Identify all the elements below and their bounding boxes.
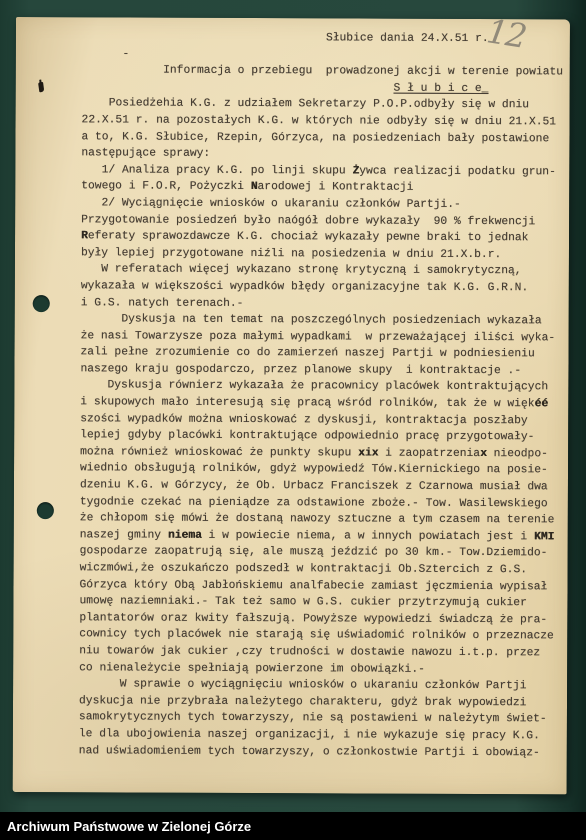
document-line-segment: lepiej gdyby placówki kontraktujące odpo… <box>80 430 534 444</box>
document-line: le dla ubojowienia naszej organizacji, i… <box>79 726 567 745</box>
archive-bar: Archiwum Państwowe w Zielonej Górze <box>0 812 586 840</box>
document-line-segment: i G.S. natych terenach.- <box>81 297 244 310</box>
document-line: były lepiej przygotowane niźli na posied… <box>81 245 569 264</box>
document-line-segment: samokrytycznych tych towarzyszy, nie są … <box>79 712 547 726</box>
document-line-segment: W sprawie o wyciągnięciu wniosków o ukar… <box>79 678 526 692</box>
document-line: można również wnioskować że punkty skupu… <box>80 444 568 463</box>
document-line-segment: niema <box>168 529 202 541</box>
document-line-segment: W referatach więcej wykazano stronę kryt… <box>81 264 522 278</box>
document-line: W sprawie o wyciągnięciu wniosków o ukar… <box>79 676 567 695</box>
document-line: samokrytycznych tych towarzyszy, nie są … <box>79 710 567 729</box>
document-line: Przygotowanie posiedzeń było naógół dobr… <box>81 212 569 231</box>
document-line: co nienależycie spełniają powierzone im … <box>79 660 567 679</box>
document-line: wiednio obsługują rolników, gdyż wypowie… <box>80 461 568 480</box>
document-line: Dyskusja równierz wykazała że pracownicy… <box>80 378 568 397</box>
document-line-segment: i zaopatrzenia <box>378 447 480 459</box>
document-line: a to, K.G. Słubice, Rzepin, Górzyca, na … <box>81 129 569 148</box>
document-line: Informacja o przebiegu prowadzonej akcji… <box>82 62 570 81</box>
document-line-segment: KMI <box>534 531 554 543</box>
archive-bar-label: Archiwum Państwowe w Zielonej Górze <box>0 819 251 834</box>
document-line: że chłopom się mówi że dostaną nawozy sz… <box>80 511 568 530</box>
document-line-segment: towego i F.O.R, Pożyczki <box>81 181 251 194</box>
document-line: że nasi Towarzysze poza małymi wypadkami… <box>81 328 569 347</box>
document-text: Słubice dania 24.X.51 r. - Informacja o … <box>79 29 570 761</box>
document-line: dzeniu K.G. w Górzycy, że Ob. Urbacz Fra… <box>80 477 568 496</box>
document-line-segment: a to, K.G. Słubice, Rzepin, Górzyca, na … <box>81 131 549 145</box>
document-line-segment: Informacja o przebiegu prowadzonej akcji… <box>82 64 563 78</box>
document-line: Referaty sprawozdawcze K.G. chociaż wyka… <box>81 228 569 247</box>
document-line: dyskucja nie przybrała należytego charak… <box>79 693 567 712</box>
document-line: wiczmówi,że oszukańczo podszedł w kontra… <box>80 560 568 579</box>
document-line-segment: Dyskusja na ten temat na poszczególnych … <box>81 313 542 327</box>
document-line-segment: wiednio obsługują rolników, gdyż wypowie… <box>80 463 548 477</box>
document-line-segment: S ł u b i c e_ <box>394 82 489 94</box>
document-line: i G.S. natych terenach.- <box>81 295 569 314</box>
document-line-segment: że nasi Towarzysze poza małymi wypadkami… <box>81 330 556 344</box>
punch-hole-bottom <box>37 502 54 519</box>
ink-blot-mark <box>38 82 44 93</box>
document-line-segment: wiczmówi,że oszukańczo podszedł w kontra… <box>80 562 527 576</box>
document-line-segment: i w powiecie niema, a w innych powiatach… <box>202 530 534 543</box>
document-line: tygodnie czekać na pieniądze za odstawio… <box>80 494 568 513</box>
document-line-segment: Dyskusja równierz wykazała że pracownicy… <box>80 380 548 394</box>
document-line-segment: Słubice dania 24.X.51 r. <box>82 31 489 45</box>
document-line: umowę naziemniaki.- Tak też samo w G.S. … <box>79 593 567 612</box>
document-page: Słubice dania 24.X.51 r. - Informacja o … <box>13 17 570 794</box>
document-line: naszej gminy niema i w powiecie niema, a… <box>80 527 568 546</box>
document-line-segment: cownicy tych placówek nie starają się uś… <box>79 629 554 643</box>
document-line-segment: i skupowych mało interesują się pracą wś… <box>80 396 534 410</box>
document-line-segment: dzeniu K.G. w Górzycy, że Ob. Urbacz Fra… <box>80 479 548 493</box>
document-line-segment: były lepiej przygotowane niźli na posied… <box>81 247 501 261</box>
document-line-segment: wykazała w większości wypadków błędy org… <box>81 280 528 294</box>
document-line-segment: Górzyca który Obą Jabłońskiemu analfabec… <box>79 579 547 593</box>
document-line: naszego kraju gospodarczo, przez planowe… <box>80 361 568 380</box>
document-line-segment: że chłopom się mówi że dostaną nawozy sz… <box>80 513 555 527</box>
document-line: cownicy tych placówek nie starają się uś… <box>79 627 567 646</box>
document-line-segment: eferaty sprawozdawcze K.G. chociaż wykaz… <box>88 230 529 244</box>
document-line: i skupowych mało interesują się pracą wś… <box>80 394 568 413</box>
document-line-segment: - <box>82 48 130 60</box>
document-line-segment: niu towarów jak cukier ,czy trudności w … <box>79 645 540 659</box>
document-line-segment: le dla ubojowienia naszej organizacji, i… <box>79 728 540 742</box>
document-line-segment: 22.X.51 r. na pozostałych K.G. w których… <box>82 114 557 128</box>
document-line-segment: plantatorów oraz kwity fałszują. Powyższ… <box>79 612 547 626</box>
document-line: następujące sprawy: <box>81 145 569 164</box>
document-line-segment: éé <box>535 398 549 410</box>
document-line-segment: nieodpo- <box>487 448 548 460</box>
document-line-segment: xix <box>358 447 378 459</box>
document-line-segment <box>82 81 394 94</box>
punch-hole-top <box>33 295 50 312</box>
document-line: gospodarze zaopatrują się, ale muszą jeź… <box>80 544 568 563</box>
document-line: towego i F.O.R, Pożyczki Narodowej i Kon… <box>81 179 569 198</box>
document-line-segment: co nienależycie spełniają powierzone im … <box>79 662 425 676</box>
document-line: S ł u b i c e_ <box>82 79 570 98</box>
document-line: Górzyca który Obą Jabłońskiemu analfabec… <box>79 577 567 596</box>
document-line-segment: tygodnie czekać na pieniądze za odstawio… <box>80 496 548 510</box>
document-line-segment: naszej gminy <box>80 529 168 541</box>
document-line-segment: dyskucja nie przybrała należytego charak… <box>79 695 526 709</box>
scan-background: Słubice dania 24.X.51 r. - Informacja o … <box>0 0 586 840</box>
document-line: niu towarów jak cukier ,czy trudności w … <box>79 643 567 662</box>
document-line: zali pełne zrozumienie co do zamierzeń n… <box>80 345 568 364</box>
document-line-segment: Posiedżehia K.G. z udziałem Sekretarzy P… <box>82 98 529 112</box>
document-line-segment: Przygotowanie posiedzeń było naógół dobr… <box>81 214 535 228</box>
document-line-segment: następujące sprawy: <box>81 147 210 160</box>
document-line: plantatorów oraz kwity fałszują. Powyższ… <box>79 610 567 629</box>
document-line-segment: umowę naziemniaki.- Tak też samo w G.S. … <box>79 595 526 609</box>
document-line: Dyskusja na ten temat na poszczególnych … <box>81 311 569 330</box>
document-line-segment: nad uświadomieniem tych towarzyszy, o cz… <box>79 745 540 759</box>
document-line-segment: naszego kraju gospodarczo, przez planowe… <box>80 363 521 377</box>
document-line: 2/ Wyciągnięcie wniosków o ukaraniu czło… <box>81 195 569 214</box>
document-line: Posiedżehia K.G. z udziałem Sekretarzy P… <box>82 96 570 115</box>
document-line: szości wypadków można wnioskować z dysku… <box>80 411 568 430</box>
document-line-segment: 1/ Analiza pracy K.G. po linji skupu <box>81 164 352 177</box>
document-line-segment: zali pełne zrozumienie co do zamierzeń n… <box>81 347 535 361</box>
document-line-segment: gospodarze zaopatrują się, ale muszą jeź… <box>80 546 548 560</box>
document-line: nad uświadomieniem tych towarzyszy, o cz… <box>79 743 567 762</box>
document-line: 22.X.51 r. na pozostałych K.G. w których… <box>82 112 570 131</box>
document-line-segment: można również wnioskować że punkty skupu <box>80 446 358 459</box>
document-line-segment: ywca realizacji podatku grun- <box>359 165 556 178</box>
document-line-segment: arodowej i Kontraktacji <box>257 181 413 194</box>
document-line: W referatach więcej wykazano stronę kryt… <box>81 262 569 281</box>
document-line-segment: szości wypadków można wnioskować z dysku… <box>80 413 527 427</box>
document-line-segment: 2/ Wyciągnięcie wniosków o ukaraniu czło… <box>81 197 461 211</box>
handwritten-page-number: 12 <box>484 11 528 55</box>
document-line: wykazała w większości wypadków błędy org… <box>81 278 569 297</box>
document-line: lepiej gdyby placówki kontraktujące odpo… <box>80 428 568 447</box>
document-line: 1/ Analiza pracy K.G. po linji skupu Żyw… <box>81 162 569 181</box>
